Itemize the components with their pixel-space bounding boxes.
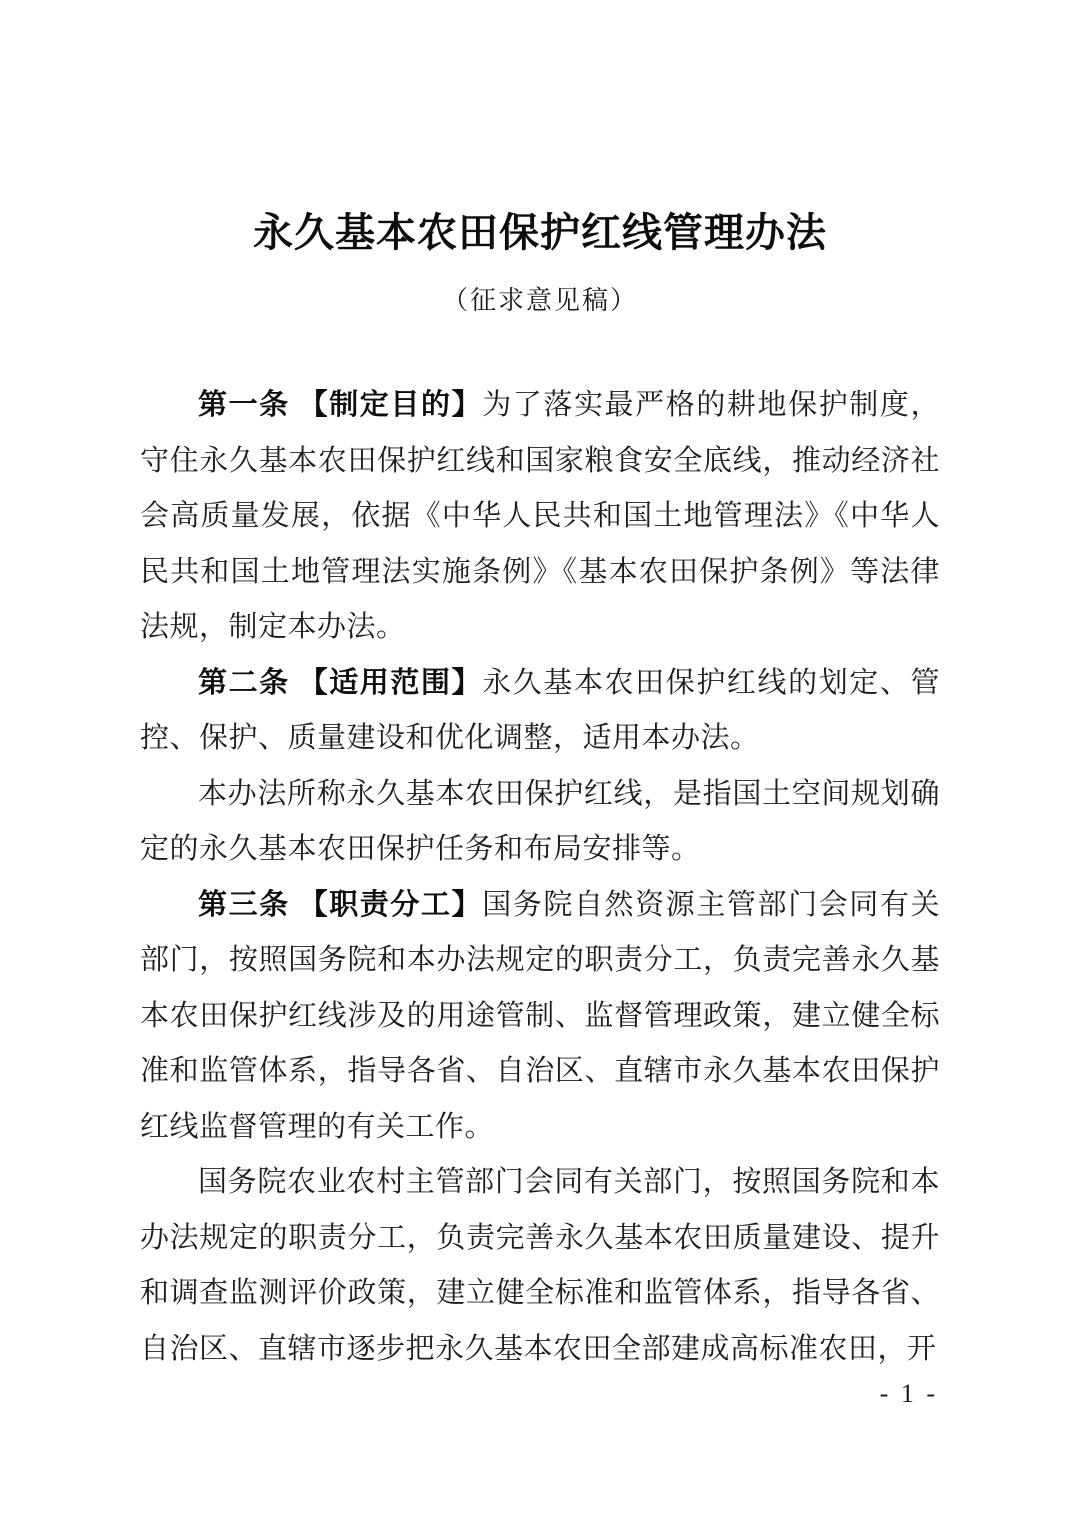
document-subtitle: （征求意见稿） [140, 284, 940, 318]
article-topic: 【职责分工】 [299, 889, 483, 921]
article-topic: 【适用范围】 [299, 667, 483, 699]
article-topic: 【制定目的】 [299, 389, 483, 421]
article-number: 第二条 [198, 667, 290, 699]
paragraph-article-3: 第三条 【职责分工】国务院自然资源主管部门会同有关部门，按照国务院和本办法规定的… [140, 878, 940, 1156]
document-title: 永久基本农田保护红线管理办法 [140, 0, 940, 260]
paragraph-text: 国务院自然资源主管部门会同有关部门，按照国务院和本办法规定的职责分工，负责完善永… [140, 889, 940, 1143]
paragraph-text: 本办法所称永久基本农田保护红线，是指国土空间规划确定的永久基本农田保护任务和布局… [140, 778, 940, 866]
article-number: 第一条 [198, 389, 290, 421]
document-body: 第一条 【制定目的】为了落实最严格的耕地保护制度，守住永久基本农田保护红线和国家… [140, 378, 940, 1377]
paragraph-article-3-continued: 国务院农业农村主管部门会同有关部门，按照国务院和本办法规定的职责分工，负责完善永… [140, 1155, 940, 1377]
paragraph-article-2-continued: 本办法所称永久基本农田保护红线，是指国土空间规划确定的永久基本农田保护任务和布局… [140, 767, 940, 878]
document-content: 永久基本农田保护红线管理办法 （征求意见稿） 第一条 【制定目的】为了落实最严格… [0, 0, 1080, 1377]
paragraph-article-2: 第二条 【适用范围】永久基本农田保护红线的划定、管控、保护、质量建设和优化调整，… [140, 656, 940, 767]
paragraph-article-1: 第一条 【制定目的】为了落实最严格的耕地保护制度，守住永久基本农田保护红线和国家… [140, 378, 940, 656]
page-number: - 1 - [880, 1379, 938, 1409]
document-page: 永久基本农田保护红线管理办法 （征求意见稿） 第一条 【制定目的】为了落实最严格… [0, 0, 1080, 1527]
article-number: 第三条 [198, 889, 290, 921]
paragraph-text: 国务院农业农村主管部门会同有关部门，按照国务院和本办法规定的职责分工，负责完善永… [140, 1166, 940, 1365]
paragraph-text: 为了落实最严格的耕地保护制度，守住永久基本农田保护红线和国家粮食安全底线，推动经… [140, 389, 940, 643]
